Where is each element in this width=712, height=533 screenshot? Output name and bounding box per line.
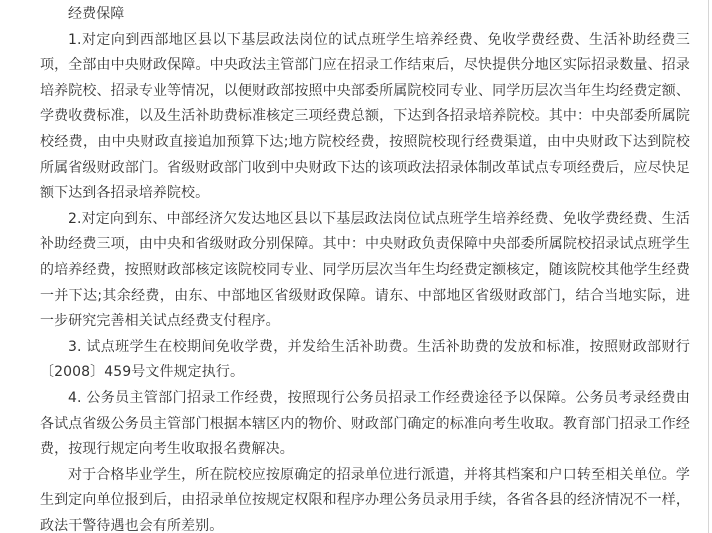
paragraph-3: 3. 试点班学生在校期间免收学费，并发给生活补助费。生活补助费的发放和标准，按照… [40,335,690,386]
paragraph-5: 对于合格毕业学生，所在院校应按原确定的招录单位进行派遣，并将其档案和户口转至相关… [40,463,690,533]
paragraph-2: 2.对定向到东、中部经济欠发达地区县以下基层政法岗位试点班学生培养经费、免收学费… [40,207,690,335]
paragraph-1: 1.对定向到西部地区县以下基层政法岗位的试点班学生培养经费、免收学费经费、生活补… [40,28,690,207]
article-body: 经费保障 1.对定向到西部地区县以下基层政法岗位的试点班学生培养经费、免收学费经… [40,2,690,533]
paragraph-4: 4. 公务员主管部门招录工作经费，按照现行公务员招录工作经费途径予以保障。公务员… [40,386,690,463]
section-heading: 经费保障 [40,2,690,28]
document-page: 经费保障 1.对定向到西部地区县以下基层政法岗位的试点班学生培养经费、免收学费经… [0,0,709,533]
